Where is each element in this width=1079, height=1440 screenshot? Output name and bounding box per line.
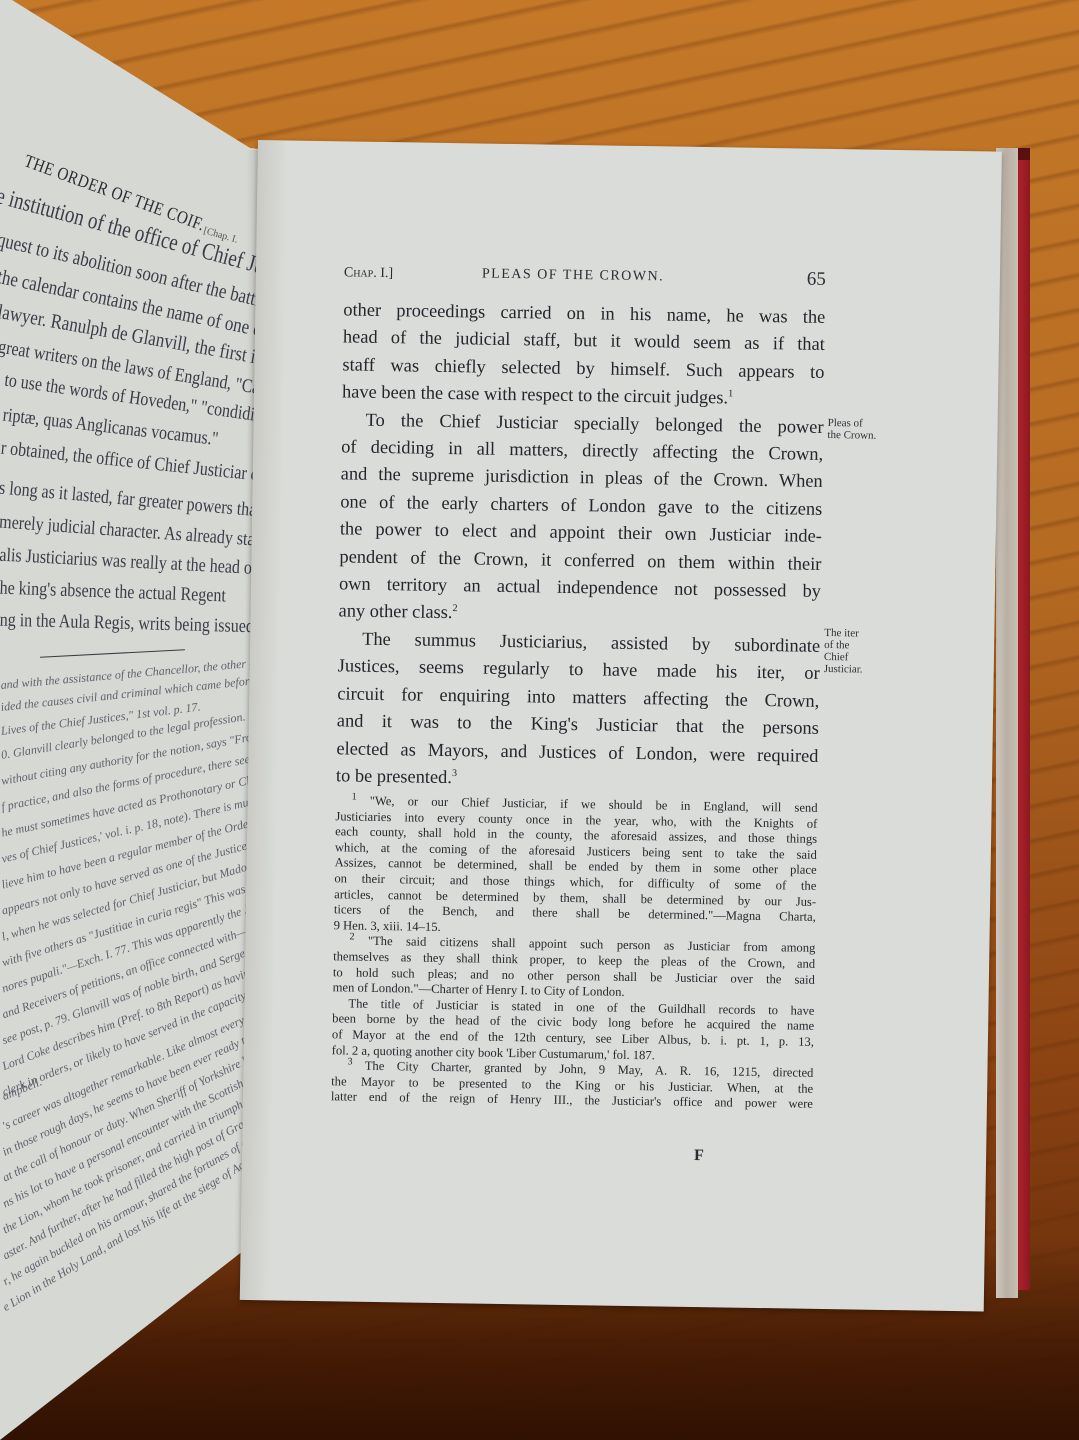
footnote-marker: 2: [349, 932, 354, 943]
footnote-marker: 1: [352, 791, 357, 802]
footnote-ref[interactable]: 3: [452, 768, 457, 779]
left-body-line: ng in the Aula Regis, writs being issued…: [0, 610, 272, 639]
left-footnote-rule: [40, 649, 185, 658]
running-head-chapter: Chap. I.]: [344, 265, 393, 282]
signature-mark: F: [694, 1147, 704, 1165]
sidenote-pleas-of-the-crown: Pleas of the Crown.: [827, 417, 876, 442]
footnote-ref[interactable]: 2: [452, 603, 457, 614]
footnote-marker: 3: [347, 1056, 352, 1067]
running-head-title: PLEAS OF THE CROWN.: [482, 267, 664, 286]
left-page: THE ORDER OF THE COIF. [Chap. I. e insti…: [0, 0, 272, 1440]
right-page: Chap. I.] PLEAS OF THE CROWN. 65 other p…: [240, 140, 1002, 1312]
page-number: 65: [807, 269, 826, 291]
sidenote-iter-of-chief-justiciar: The iter of the Chief Justiciar.: [824, 627, 864, 676]
footnote-ref[interactable]: 1: [728, 389, 733, 400]
body-text: other proceedings carried on in his name…: [336, 296, 826, 797]
left-body-line: alis Justiciarius was really at the head…: [0, 545, 272, 581]
running-head: Chap. I.] PLEAS OF THE CROWN. 65: [344, 261, 826, 291]
left-body-line: he king's absence the actual Regent: [0, 578, 226, 607]
page-stack-edge: [996, 148, 1018, 1298]
right-page-block: Chap. I.] PLEAS OF THE CROWN. 65 other p…: [258, 140, 1010, 1302]
footnotes: 1 "We, or our Chief Justiciar, if we sho…: [331, 793, 818, 1112]
